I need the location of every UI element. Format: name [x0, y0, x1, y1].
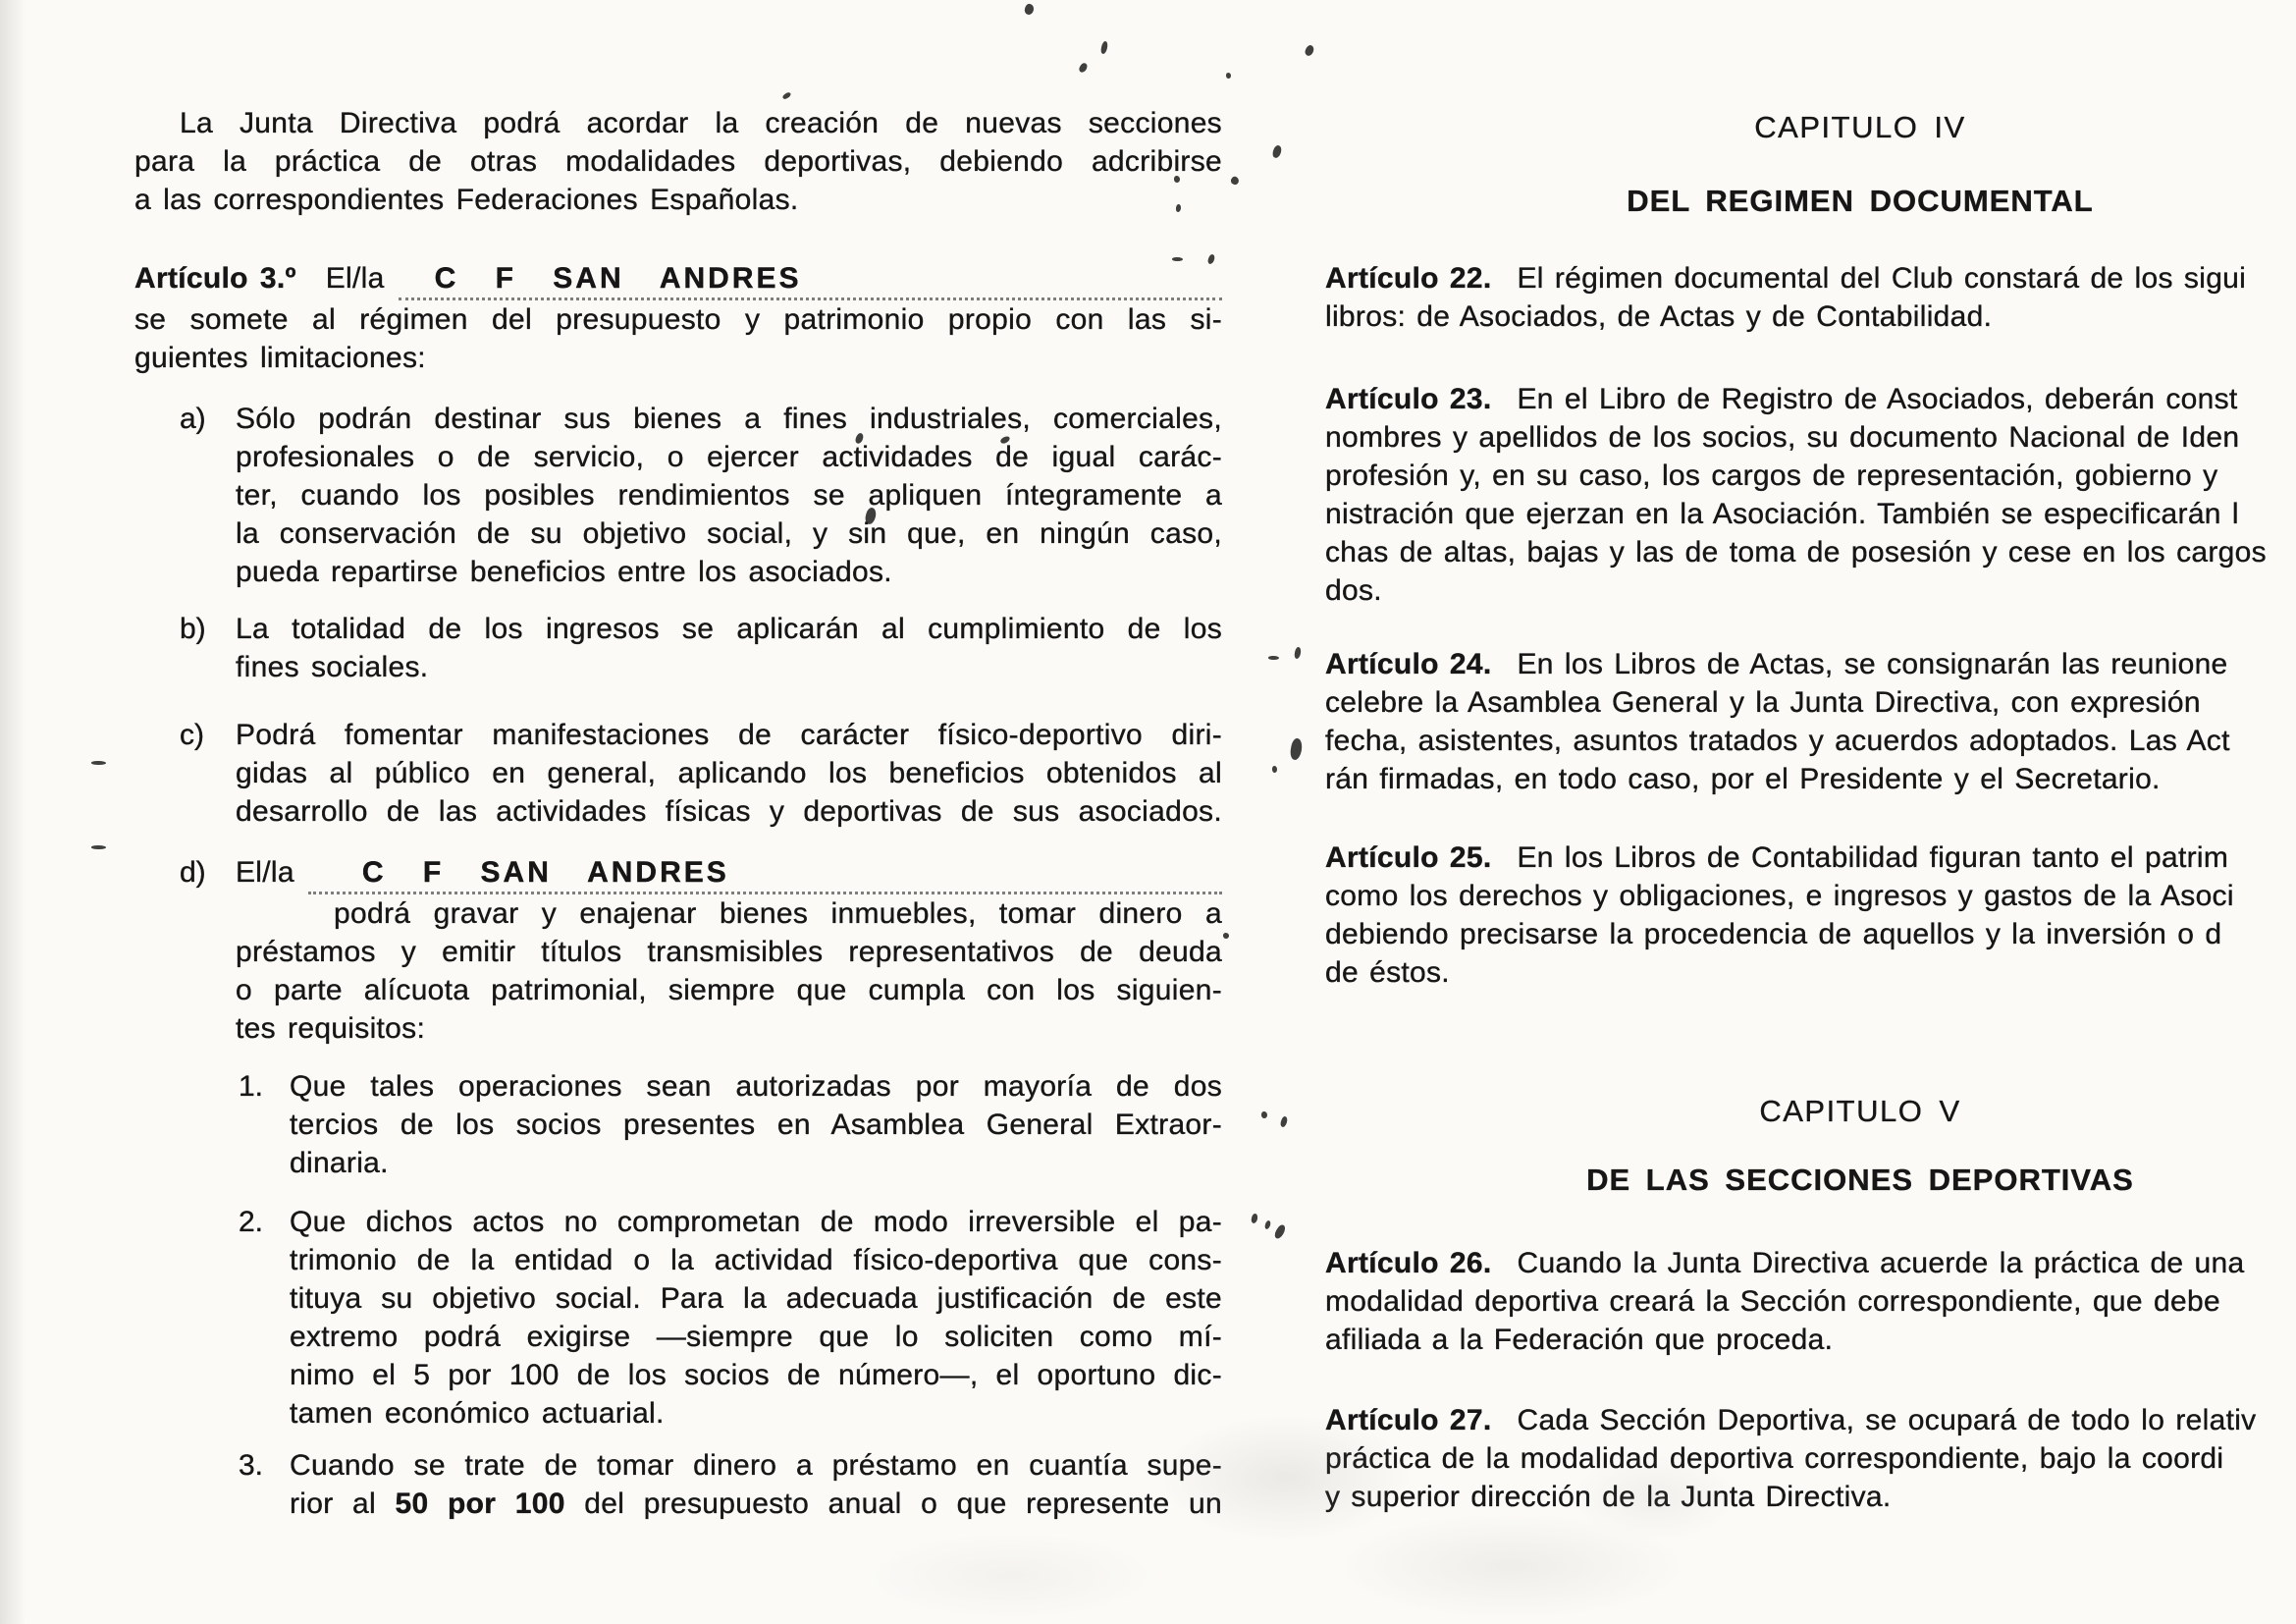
scanned-document-page: { "document": { "left": { "intro": { "li… — [0, 0, 2296, 1624]
articulo-22: Artículo 22.El régimen documental del Cl… — [1325, 259, 2246, 336]
text-line: Artículo 22.El régimen documental del Cl… — [1325, 259, 2246, 298]
text-line: nimo el 5 por 100 de los socios de númer… — [290, 1356, 1222, 1394]
scan-speck — [1271, 144, 1283, 159]
articulo-24-label: Artículo 24. — [1325, 648, 1491, 680]
text-line: Que dichos actos no comprometan de modo … — [290, 1203, 1222, 1241]
text-line: La Junta Directiva podrá acordar la crea… — [134, 104, 1222, 142]
text-line: extremo podrá exigirse —siempre que lo s… — [290, 1318, 1222, 1356]
text-line: pueda repartirse beneficios entre los as… — [236, 553, 1222, 591]
text-line: Artículo 27.Cada Sección Deportiva, se o… — [1325, 1401, 2256, 1439]
scan-speck — [1251, 1213, 1258, 1223]
articulo-23-label: Artículo 23. — [1325, 383, 1491, 415]
text-line: y superior dirección de la Junta Directi… — [1325, 1478, 2256, 1516]
text-line: gidas al público en general, aplicando l… — [236, 754, 1222, 792]
numbered-item-1: 1. Que tales operaciones sean autorizada… — [239, 1067, 1222, 1182]
text-segment: rior al — [290, 1488, 396, 1520]
text-line: desarrollo de las actividades físicas y … — [236, 792, 1222, 831]
text-line: nombres y apellidos de los socios, su do… — [1325, 418, 2267, 457]
text-line: chas de altas, bajas y las de toma de po… — [1325, 533, 2267, 571]
text-segment: En los Libros de Actas, se consignarán l… — [1517, 648, 2227, 680]
dotted-fill-line: C F SAN ANDRES — [399, 259, 1222, 300]
articulo-23: Artículo 23.En el Libro de Registro de A… — [1325, 380, 2267, 610]
text-line: dinaria. — [290, 1144, 1222, 1182]
scan-speck — [91, 845, 106, 849]
text-line: como los derechos y obligaciones, e ingr… — [1325, 877, 2234, 915]
numbered-item-2-label: 2. — [239, 1203, 263, 1241]
text-line: Artículo 24.En los Libros de Actas, se c… — [1325, 645, 2230, 683]
item-b: b) La totalidad de los ingresos se aplic… — [180, 610, 1222, 686]
text-line: Que tales operaciones sean autorizadas p… — [290, 1067, 1222, 1106]
item-d-fill-line: El/la C F SAN ANDRES — [236, 853, 1222, 894]
text-line: modalidad deportiva creará la Sección co… — [1325, 1282, 2245, 1321]
text-line: Artículo 23.En el Libro de Registro de A… — [1325, 380, 2267, 418]
text-line: tituya su objetivo social. Para la adecu… — [290, 1279, 1222, 1318]
bold-text-segment: 50 por 100 — [396, 1488, 565, 1520]
item-c-label: c) — [180, 716, 204, 754]
fill-prefix: El/la — [236, 853, 294, 892]
text-line: rior al 50 por 100 del presupuesto anual… — [290, 1485, 1222, 1523]
scan-speck — [1223, 933, 1229, 939]
articulo-25-label: Artículo 25. — [1325, 841, 1491, 874]
scan-speck — [1264, 1219, 1272, 1229]
club-name-fill: C F SAN ANDRES — [399, 262, 802, 295]
scan-speck — [1172, 257, 1183, 261]
text-line: rán firmadas, en todo caso, por el Presi… — [1325, 760, 2230, 798]
text-line: de éstos. — [1325, 953, 2234, 992]
club-name-fill: C F SAN ANDRES — [308, 856, 729, 889]
articulo-26: Artículo 26.Cuando la Junta Directiva ac… — [1325, 1244, 2245, 1359]
text-segment: del presupuesto anual o que represente u… — [565, 1488, 1222, 1520]
articulo-27: Artículo 27.Cada Sección Deportiva, se o… — [1325, 1401, 2256, 1516]
text-line: celebre la Asamblea General y la Junta D… — [1325, 683, 2230, 722]
text-line: fecha, asistentes, asuntos tratados y ac… — [1325, 722, 2230, 760]
articulo-27-label: Artículo 27. — [1325, 1404, 1491, 1436]
text-line: tes requisitos: — [236, 1009, 1222, 1048]
item-d: d) El/la C F SAN ANDRES podrá gravar y e… — [180, 853, 1222, 1048]
item-a-label: a) — [180, 400, 206, 438]
text-line: trimonio de la entidad o la actividad fí… — [290, 1241, 1222, 1279]
scan-speck — [1268, 656, 1279, 660]
articulo-26-label: Artículo 26. — [1325, 1247, 1491, 1279]
articulo-3-label: Artículo 3.º — [134, 259, 296, 298]
text-segment: El régimen documental del Club constará … — [1517, 262, 2246, 295]
item-b-label: b) — [180, 610, 206, 648]
text-line: dos. — [1325, 571, 2267, 610]
chapter-4-subtitle: DEL REGIMEN DOCUMENTAL — [1325, 182, 2296, 220]
text-line: Podrá fomentar manifestaciones de caráct… — [236, 716, 1222, 754]
text-line: La totalidad de los ingresos se aplicará… — [236, 610, 1222, 648]
numbered-item-3-label: 3. — [239, 1446, 263, 1485]
text-line: práctica de la modalidad deportiva corre… — [1325, 1439, 2256, 1478]
articulo-22-label: Artículo 22. — [1325, 262, 1491, 295]
text-line: tamen económico actuarial. — [290, 1394, 1222, 1433]
text-line: profesionales o de servicio, o ejercer a… — [236, 438, 1222, 476]
chapter-5-subtitle: DE LAS SECCIONES DEPORTIVAS — [1325, 1161, 2296, 1199]
text-line: Sólo podrán destinar sus bienes a fines … — [236, 400, 1222, 438]
text-segment: Cuando la Junta Directiva acuerde la prá… — [1517, 1247, 2244, 1279]
scan-speck — [91, 761, 106, 765]
text-line: Artículo 25.En los Libros de Contabilida… — [1325, 839, 2234, 877]
scan-speck — [1304, 44, 1315, 57]
text-line: libros: de Asociados, de Actas y de Cont… — [1325, 298, 2246, 336]
text-line: se somete al régimen del presupuesto y p… — [134, 300, 1222, 339]
articulo-25: Artículo 25.En los Libros de Contabilida… — [1325, 839, 2234, 992]
text-line: podrá gravar y enajenar bienes inmuebles… — [236, 894, 1222, 933]
numbered-item-2: 2. Que dichos actos no comprometan de mo… — [239, 1203, 1222, 1433]
chapter-5-title: CAPITULO V — [1325, 1092, 2296, 1130]
scan-speck — [1294, 647, 1302, 660]
text-segment: En el Libro de Registro de Asociados, de… — [1517, 383, 2237, 415]
articulo-3: Artículo 3.º El/la C F SAN ANDRES se som… — [134, 259, 1222, 377]
text-line: fines sociales. — [236, 648, 1222, 686]
scan-speck — [1226, 73, 1231, 79]
item-a: a) Sólo podrán destinar sus bienes a fin… — [180, 400, 1222, 591]
scan-speck — [1279, 1115, 1288, 1127]
chapter-4-title: CAPITULO IV — [1325, 108, 2296, 146]
scan-speck — [1272, 766, 1277, 773]
articulo-3-fill-line: Artículo 3.º El/la C F SAN ANDRES — [134, 259, 1222, 300]
scan-speck — [1261, 1111, 1267, 1118]
text-line: a las correspondientes Federaciones Espa… — [134, 181, 1222, 219]
text-line: préstamos y emitir títulos transmisibles… — [236, 933, 1222, 971]
text-line: tercios de los socios presentes en Asamb… — [290, 1106, 1222, 1144]
scan-speck — [1229, 175, 1240, 186]
fill-prefix: El/la — [326, 259, 385, 298]
text-line: afiliada a la Federación que proceda. — [1325, 1321, 2245, 1359]
text-line: guientes limitaciones: — [134, 339, 1222, 377]
text-line: debiendo precisarse la procedencia de aq… — [1325, 915, 2234, 953]
intro-paragraph: La Junta Directiva podrá acordar la crea… — [134, 104, 1222, 219]
text-line: Cuando se trate de tomar dinero a présta… — [290, 1446, 1222, 1485]
text-line: o parte alícuota patrimonial, siempre qu… — [236, 971, 1222, 1009]
numbered-item-1-label: 1. — [239, 1067, 263, 1106]
scan-speck — [1289, 737, 1304, 761]
left-column: La Junta Directiva podrá acordar la crea… — [134, 0, 1222, 1624]
scan-speck — [1273, 1223, 1287, 1240]
item-d-label: d) — [180, 853, 206, 892]
text-line: ter, cuando los posibles rendimientos se… — [236, 476, 1222, 514]
text-line: Artículo 26.Cuando la Junta Directiva ac… — [1325, 1244, 2245, 1282]
text-segment: En los Libros de Contabilidad figuran ta… — [1517, 841, 2228, 874]
right-column: CAPITULO IV DEL REGIMEN DOCUMENTAL Artíc… — [1325, 0, 2296, 1624]
text-line: la conservación de su objetivo social, y… — [236, 514, 1222, 553]
text-segment: Cada Sección Deportiva, se ocupará de to… — [1517, 1404, 2256, 1436]
scan-speck — [1174, 176, 1180, 183]
text-line: nistración que ejerzan en la Asociación.… — [1325, 495, 2267, 533]
text-line: para la práctica de otras modalidades de… — [134, 142, 1222, 181]
articulo-24: Artículo 24.En los Libros de Actas, se c… — [1325, 645, 2230, 798]
numbered-item-3: 3. Cuando se trate de tomar dinero a pré… — [239, 1446, 1222, 1523]
dotted-fill-line: C F SAN ANDRES — [308, 853, 1222, 894]
item-c: c) Podrá fomentar manifestaciones de car… — [180, 716, 1222, 831]
text-line: profesión y, en su caso, los cargos de r… — [1325, 457, 2267, 495]
